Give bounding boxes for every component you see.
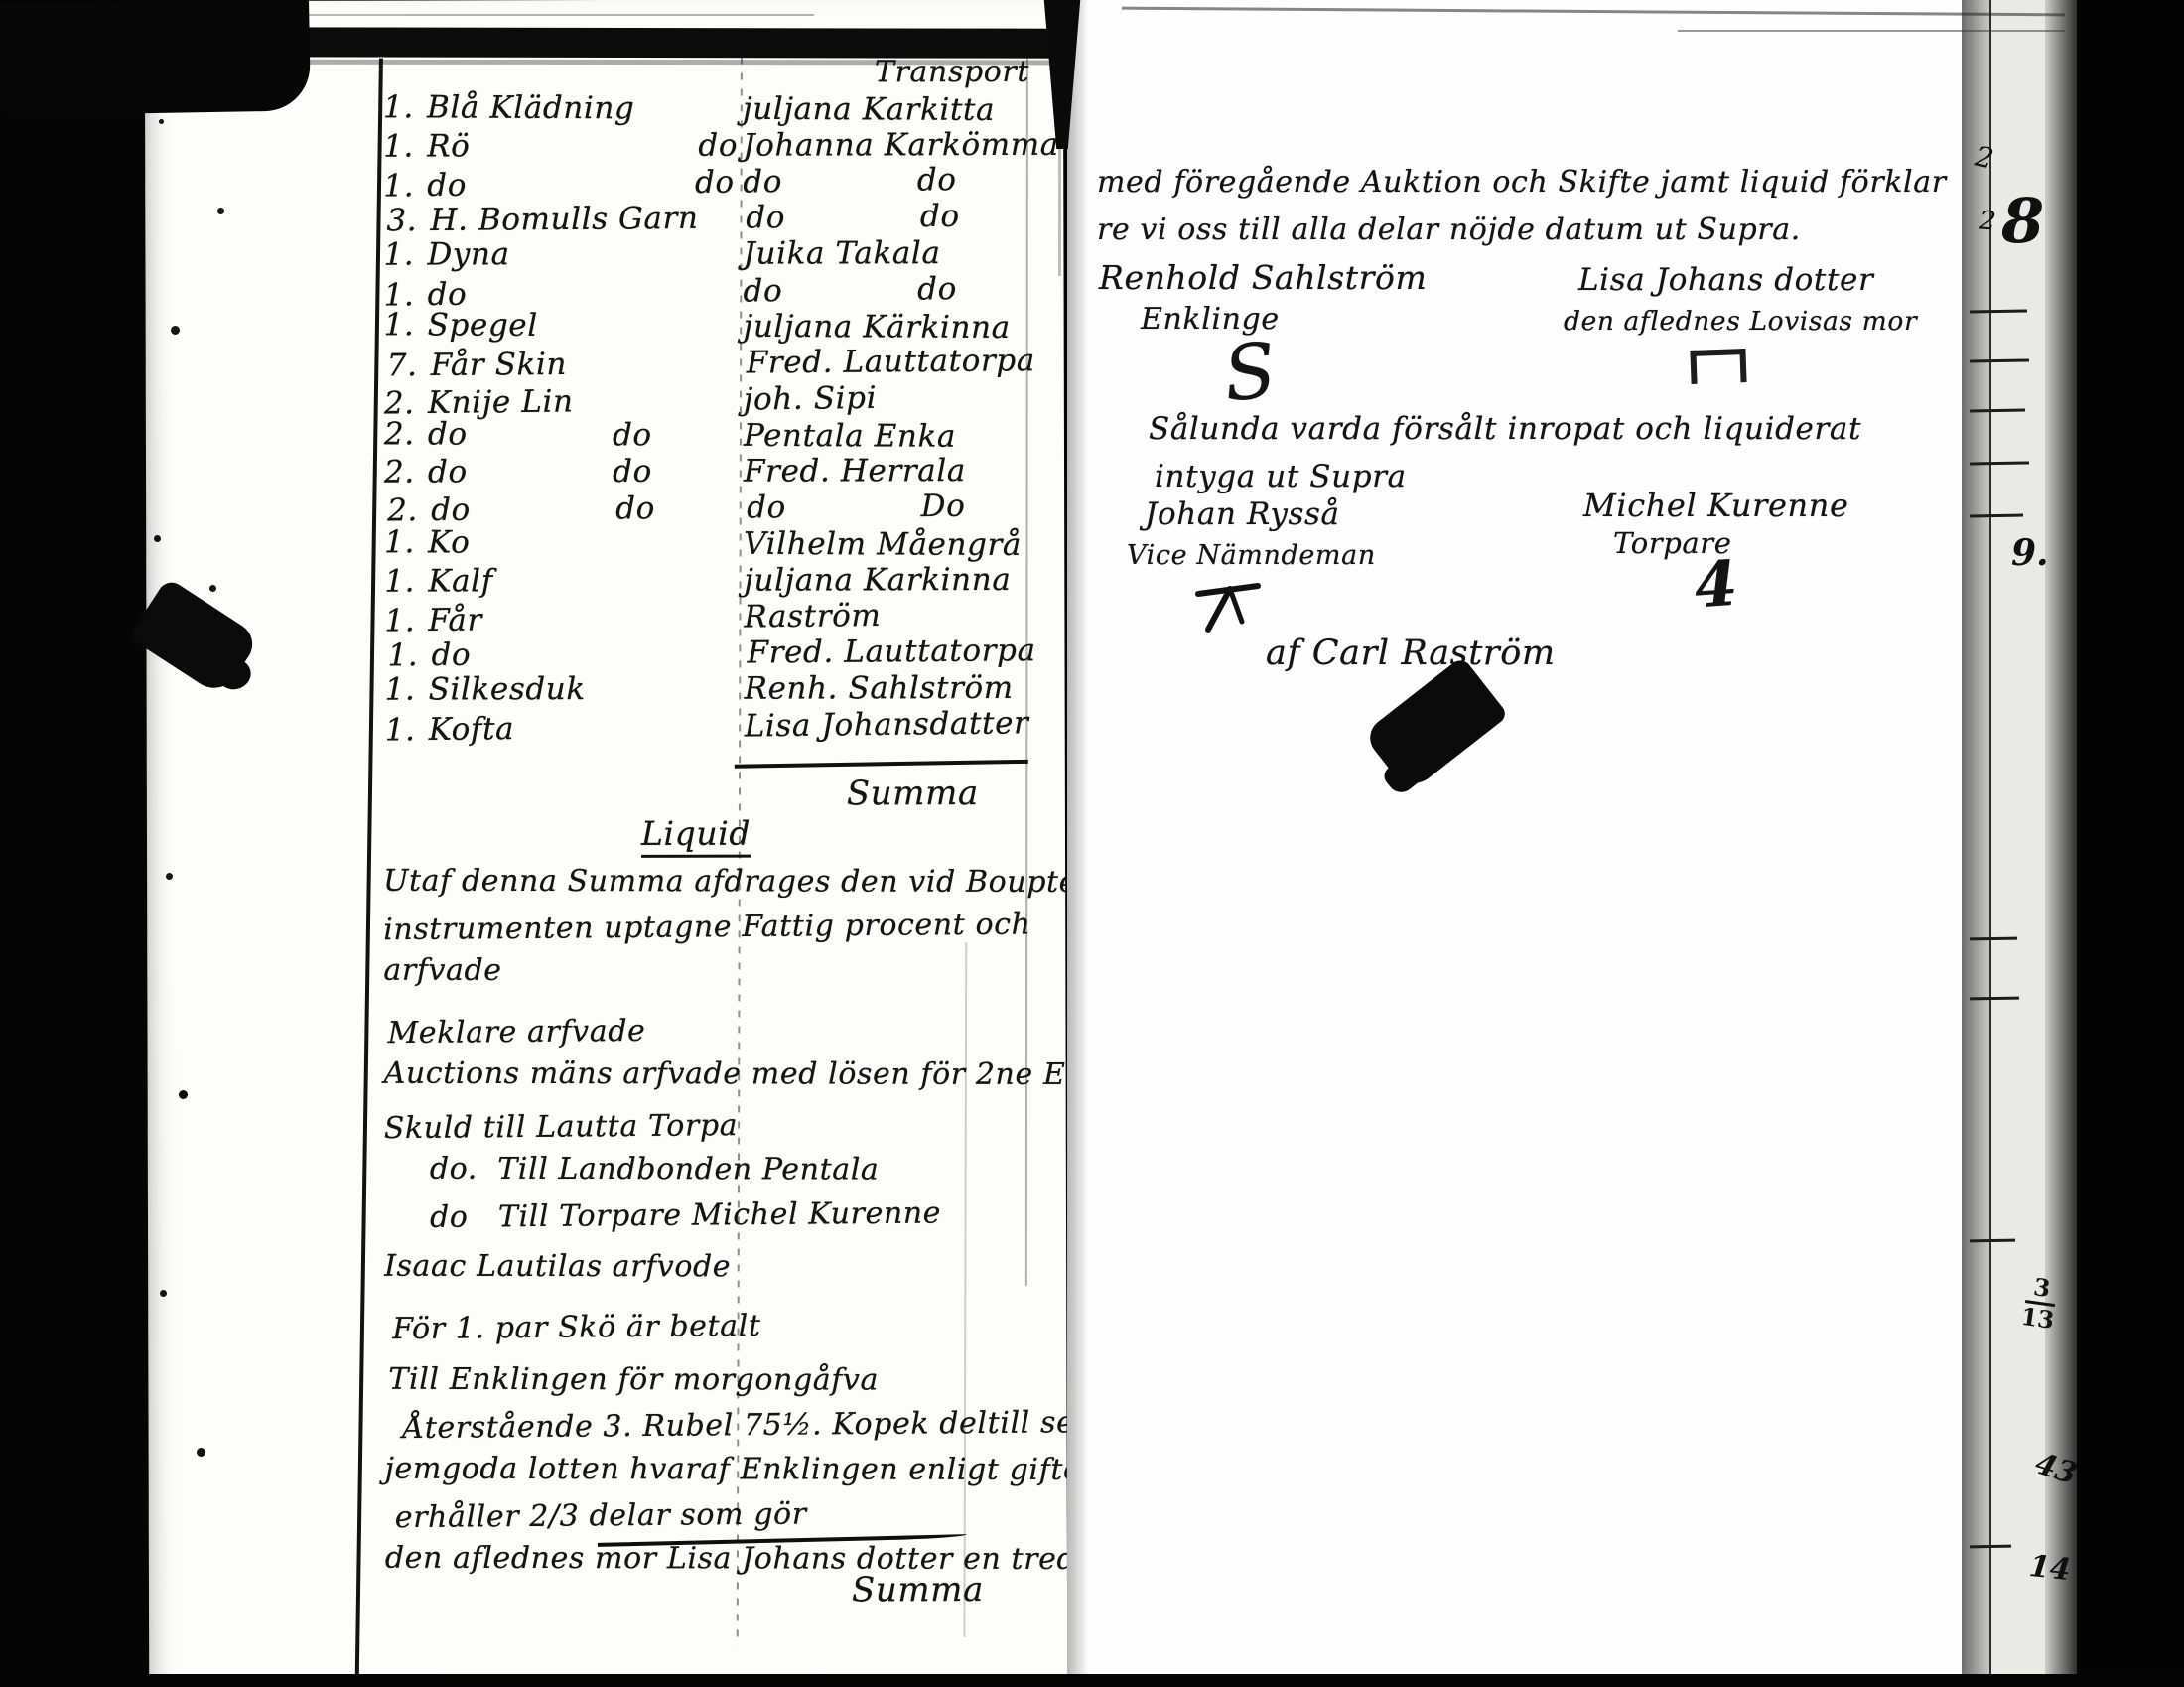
- item-qty: 2.: [384, 454, 428, 491]
- item-name: Knije Lin: [428, 381, 744, 421]
- item-buyer: Lisa Johansdatter: [745, 704, 1060, 744]
- item-buyer: juljana Kärkinna: [744, 309, 1059, 347]
- edge-number-fragment: 8: [2001, 185, 2044, 257]
- item-name: do: [431, 634, 747, 673]
- liquid-section: Utaf denna Summa afdrages den vid Boupte…: [383, 858, 1067, 1582]
- summa-label: Summa: [847, 773, 979, 813]
- edge-number-fragment: 2: [1979, 206, 1997, 236]
- item-name: Får Skin: [431, 345, 747, 383]
- item-name: Dyna: [427, 236, 743, 273]
- item-name: Kalf: [428, 562, 744, 599]
- table-row: 1.Spegeljuljana Kärkinna: [384, 307, 1059, 346]
- item-qty: 3.: [386, 203, 430, 239]
- item-name: Blå Klädning: [427, 89, 743, 127]
- item-buyer: Fred. Lauttatorpa: [747, 343, 1062, 381]
- item-buyer: do Do: [747, 488, 1062, 526]
- witness-name: Michel Kurenne: [1583, 487, 1848, 524]
- item-qty: 1.: [383, 128, 427, 165]
- liquid-line: arfvade: [383, 948, 1067, 994]
- item-qty: 1.: [385, 671, 429, 708]
- item-buyer: Vilhelm Måengrå: [744, 526, 1059, 564]
- table-row: 1.Kalfjuljana Karkinna: [384, 561, 1059, 599]
- liquid-line: Till Enklingen för morgongåfva: [388, 1357, 1067, 1403]
- page-edge-band: [1962, 0, 1989, 1687]
- item-buyer: joh. Sipi: [744, 378, 1059, 418]
- ink-underline: [735, 760, 1028, 768]
- liquid-line: instrumenten uptagne Fattig procent och: [383, 901, 1067, 952]
- signature-name: Lisa Johans dotter: [1578, 262, 1873, 298]
- item-name: do do: [427, 164, 743, 204]
- item-qty: 1.: [384, 563, 428, 600]
- scanned-document: Transport 1.Blå Klädningjuljana Karkitta…: [0, 0, 2184, 1687]
- item-qty: 1.: [383, 236, 427, 273]
- liquid-line: För 1. par Skö är betalt: [392, 1300, 1067, 1351]
- table-row: 1.Blå Klädningjuljana Karkitta: [383, 89, 1058, 128]
- declaration-line: med föregående Auktion och Skifte jamt l…: [1097, 165, 1947, 200]
- liquid-line: erhåller 2/3 delar som gör: [395, 1488, 1068, 1540]
- edge-number-fragment: 9.: [2011, 532, 2049, 574]
- bomaerke-house-mark: [1690, 349, 1746, 384]
- item-qty: 1.: [384, 524, 428, 561]
- item-qty: 1.: [385, 712, 429, 749]
- liquid-line: Återstående 3. Rubel 75½. Kopek deltill …: [402, 1399, 1067, 1451]
- item-name: H. Bomulls Garn: [430, 200, 746, 238]
- statement-line: Sålunda varda försålt inropat och liquid…: [1149, 411, 1861, 447]
- table-row: 7.Får SkinFred. Lauttatorpa: [387, 343, 1062, 384]
- table-row: 1.Rö doJohanna Karkömma: [383, 126, 1058, 164]
- table-row: 1.SilkesdukRenh. Sahlström: [385, 670, 1060, 708]
- item-buyer: do do: [743, 161, 1058, 201]
- item-name: Rö do: [427, 127, 743, 164]
- item-name: do do: [428, 416, 744, 454]
- table-row: 2.do doPentala Enka: [384, 416, 1059, 455]
- liquid-line: Utaf denna Summa afdrages den vid Boupte…: [383, 859, 1067, 905]
- scan-streak: [1678, 30, 2065, 32]
- item-buyer: do do: [743, 269, 1058, 309]
- transport-label: Transport: [875, 55, 1029, 89]
- item-name: Spegel: [428, 307, 744, 345]
- scan-edge-bar: [0, 1674, 2184, 1687]
- witness-name: Johan Rysså: [1145, 496, 1340, 532]
- item-buyer: Pentala Enka: [744, 417, 1059, 455]
- table-row: 1.KoftaLisa Johansdatter: [385, 704, 1060, 748]
- table-row: 3.H. Bomulls Garndo do: [386, 198, 1061, 239]
- fraction-denominator: 13: [2019, 1302, 2056, 1335]
- item-qty: 2.: [387, 492, 431, 529]
- item-name: Silkesduk: [429, 671, 745, 708]
- column-rule: [355, 59, 383, 1677]
- liquid-line: Skuld till Lautta Torpa: [384, 1099, 1068, 1151]
- item-qty: 7.: [387, 348, 431, 384]
- bomaerke-cross-mark: [1194, 578, 1264, 637]
- liquid-line: jemgoda lotten hvaraf Enklingen enligt g…: [385, 1447, 1068, 1492]
- item-buyer: Juika Takala: [743, 235, 1058, 272]
- item-buyer: Raström: [744, 596, 1059, 635]
- item-name: do do: [428, 454, 744, 491]
- bomaerke-triangle-mark: 4: [1693, 547, 1741, 623]
- scan-background: [2077, 0, 2184, 1687]
- item-buyer: juljana Karkinna: [744, 561, 1059, 598]
- right-page: med föregående Auktion och Skifte jamt l…: [1067, 0, 1973, 1687]
- item-buyer: Renh. Sahlström: [745, 670, 1060, 707]
- gutter-shadow: [1067, 0, 1089, 1687]
- item-name: Ko: [428, 524, 744, 562]
- table-row: 1.DynaJuika Takala: [383, 235, 1058, 273]
- liquid-line: Auctions mäns arfvade med lösen för 2ne …: [384, 1052, 1068, 1097]
- liquid-line: Isaac Lautilas arfvode: [384, 1244, 1067, 1290]
- table-row: 1.KoVilhelm Måengrå: [384, 524, 1059, 563]
- item-buyer: Johanna Karkömma: [743, 126, 1059, 163]
- left-page: Transport 1.Blå Klädningjuljana Karkitta…: [145, 0, 1067, 1681]
- table-row: 2.do doFred. Herrala: [384, 453, 1059, 491]
- item-name: Kofta: [429, 708, 745, 748]
- table-row: 1.doFred. Lauttatorpa: [387, 633, 1062, 674]
- scan-corner-blob: [0, 0, 311, 116]
- liquid-line: do Till Torpare Michel Kurenne: [430, 1189, 1067, 1240]
- liquid-line: Meklare arfvade: [387, 1004, 1067, 1055]
- item-qty: 2.: [384, 416, 428, 453]
- item-buyer: Fred. Lauttatorpa: [747, 633, 1062, 671]
- witness-role: Vice Nämndeman: [1127, 540, 1376, 571]
- table-row: 2.do dodo Do: [387, 488, 1062, 529]
- liquid-line: do. Till Landbonden Pentala: [430, 1147, 1067, 1193]
- signature-role: den aflednes Lovisas mor: [1564, 306, 1917, 337]
- page-edge-band: [2045, 0, 2077, 1687]
- item-buyer: do do: [746, 198, 1061, 236]
- signature-name: Renhold Sahlström: [1099, 258, 1427, 297]
- statement-line: intyga ut Supra: [1155, 459, 1407, 494]
- item-name: Får: [428, 599, 744, 638]
- item-qty: 1.: [383, 89, 427, 126]
- fraction-numerator: 3: [2032, 1272, 2053, 1303]
- signature-flourish-mark: S: [1219, 325, 1281, 418]
- summa-label: Summa: [852, 1570, 984, 1610]
- item-qty: 1.: [384, 603, 428, 639]
- table-row: 2.Knije Linjoh. Sipi: [384, 378, 1059, 422]
- liquid-heading: Liquid: [641, 814, 751, 858]
- item-qty: 1.: [387, 637, 431, 674]
- scan-speckles: [159, 119, 164, 124]
- auction-item-list: 1.Blå Klädningjuljana Karkitta 1.Rö doJo…: [383, 90, 1060, 745]
- attestation-line: af Carl Raström: [1266, 633, 1556, 673]
- item-buyer: juljana Karkitta: [743, 91, 1058, 129]
- item-qty: 1.: [384, 307, 428, 344]
- item-qty: 1.: [383, 168, 427, 205]
- declaration-line: re vi oss till alla delar nöjde datum ut…: [1097, 212, 1801, 247]
- item-buyer: Fred. Herrala: [744, 453, 1059, 490]
- gutter-shadow-tail: [1058, 147, 1061, 276]
- edge-number-fragment: 14: [2027, 1549, 2072, 1588]
- item-name: do do: [431, 490, 747, 528]
